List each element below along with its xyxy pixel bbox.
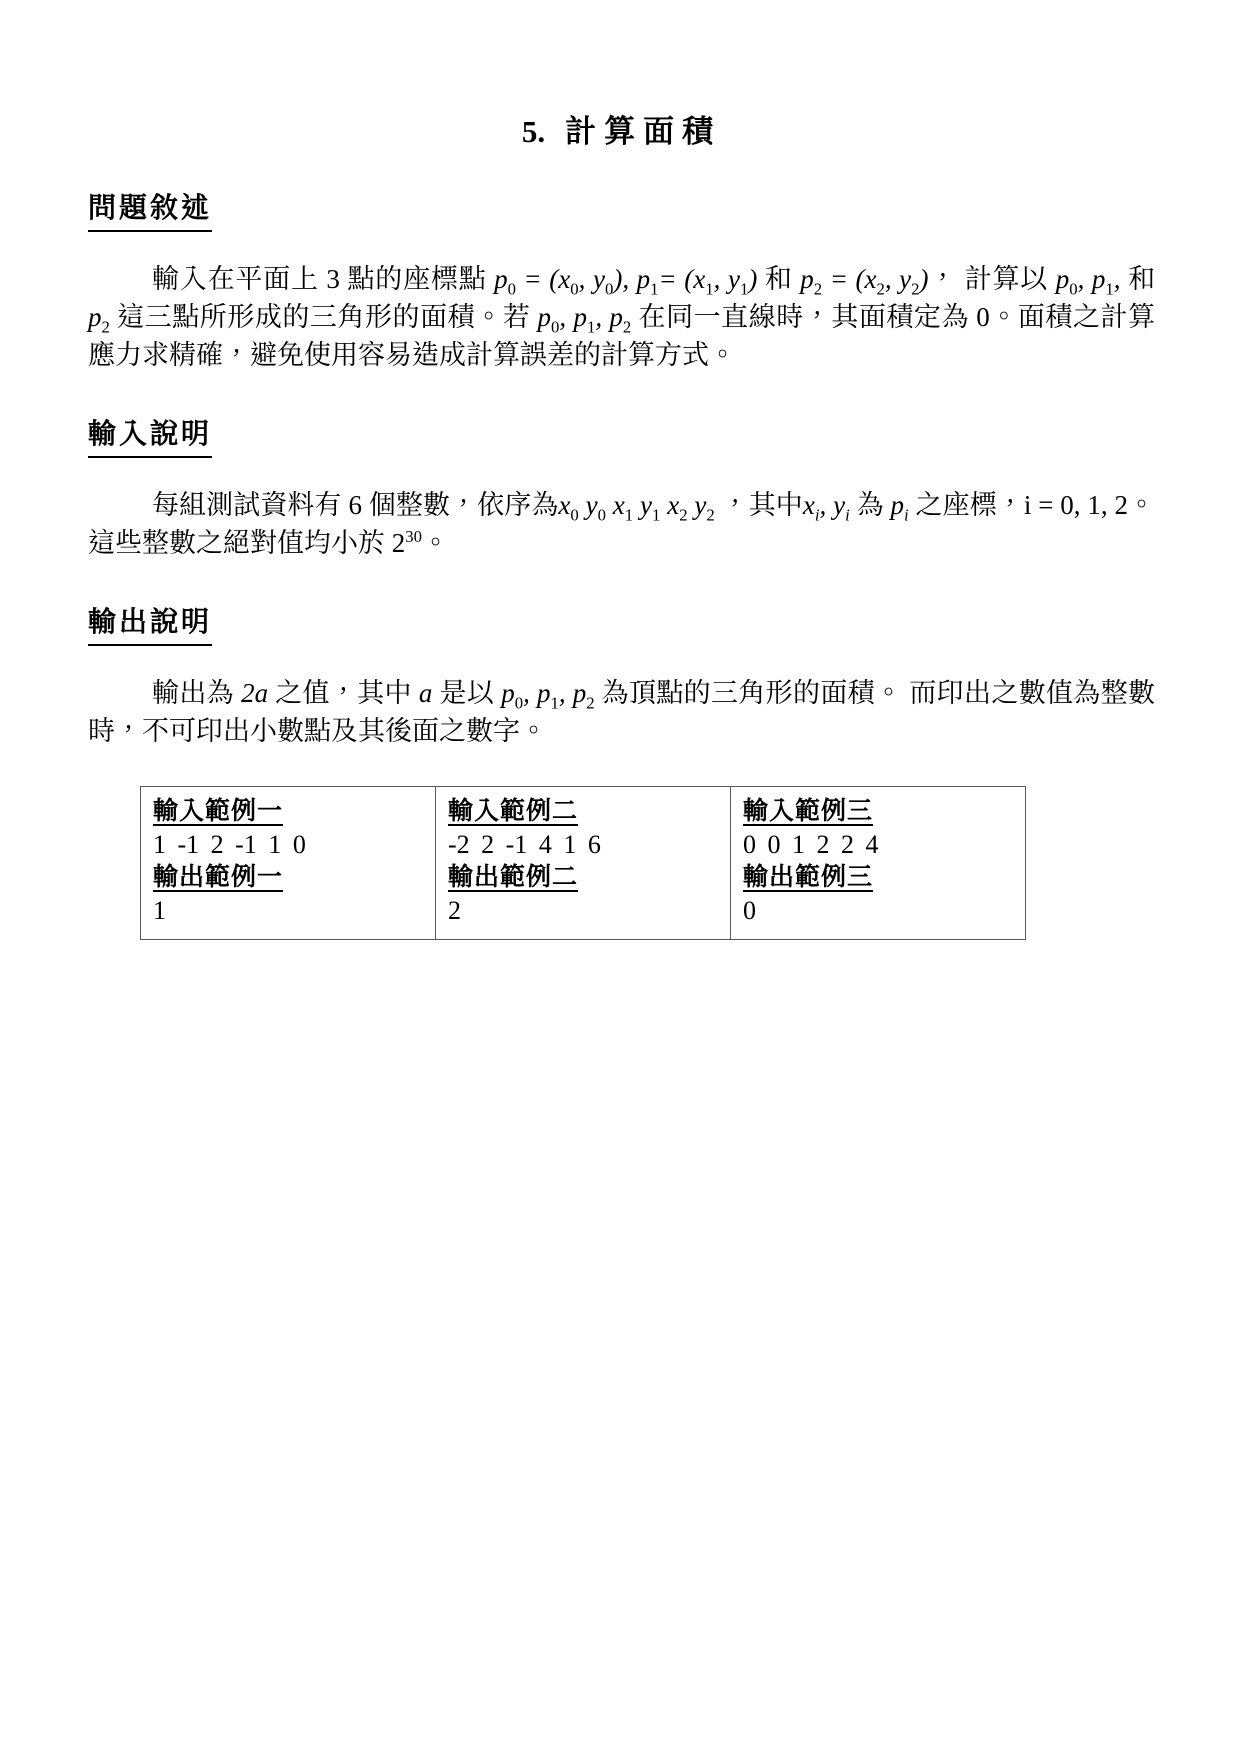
- page-title: 5.計算面積: [88, 112, 1155, 152]
- section-problem-description: 問題敘述 輸入在平面上 3 點的座標點 p0 = (x0, y0), p1= (…: [88, 192, 1155, 374]
- examples-table: 輸入範例一 1 -1 2 -1 1 0 輸出範例一 1 輸入範例二 -2 2 -…: [140, 786, 1026, 940]
- problem-paragraph: 輸入在平面上 3 點的座標點 p0 = (x0, y0), p1= (x1, y…: [88, 260, 1155, 374]
- document-page: 5.計算面積 問題敘述 輸入在平面上 3 點的座標點 p0 = (x0, y0)…: [0, 0, 1241, 1755]
- output-example-2-value: 2: [448, 894, 724, 927]
- input-example-2-label: 輸入範例二: [448, 795, 724, 828]
- example-cell-3: 輸入範例三 0 0 1 2 2 4 輸出範例三 0: [731, 787, 1026, 940]
- examples-row: 輸入範例一 1 -1 2 -1 1 0 輸出範例一 1 輸入範例二 -2 2 -…: [141, 787, 1026, 940]
- title-text: 計算面積: [565, 114, 721, 149]
- section-heading-output: 輸出說明: [88, 606, 212, 646]
- title-number: 5.: [522, 114, 545, 149]
- input-example-3-label: 輸入範例三: [743, 795, 1019, 828]
- section-output-description: 輸出說明 輸出為 2a 之值，其中 a 是以 p0, p1, p2 為頂點的三角…: [88, 606, 1155, 750]
- output-example-1-value: 1: [153, 894, 429, 927]
- output-example-3-value: 0: [743, 894, 1019, 927]
- example-cell-2: 輸入範例二 -2 2 -1 4 1 6 輸出範例二 2: [436, 787, 731, 940]
- input-example-1-value: 1 -1 2 -1 1 0: [153, 828, 429, 861]
- output-example-3-label: 輸出範例三: [743, 861, 1019, 894]
- output-example-2-label: 輸出範例二: [448, 861, 724, 894]
- input-paragraph: 每組測試資料有 6 個整數，依序為x0 y0 x1 y1 x2 y2 ，其中xi…: [88, 486, 1155, 562]
- input-example-3-value: 0 0 1 2 2 4: [743, 828, 1019, 861]
- section-heading-input: 輸入說明: [88, 418, 212, 458]
- output-paragraph: 輸出為 2a 之值，其中 a 是以 p0, p1, p2 為頂點的三角形的面積。…: [88, 674, 1155, 750]
- input-example-2-value: -2 2 -1 4 1 6: [448, 828, 724, 861]
- input-example-1-label: 輸入範例一: [153, 795, 429, 828]
- section-input-description: 輸入說明 每組測試資料有 6 個整數，依序為x0 y0 x1 y1 x2 y2 …: [88, 418, 1155, 562]
- output-example-1-label: 輸出範例一: [153, 861, 429, 894]
- example-cell-1: 輸入範例一 1 -1 2 -1 1 0 輸出範例一 1: [141, 787, 436, 940]
- section-heading-problem: 問題敘述: [88, 192, 212, 232]
